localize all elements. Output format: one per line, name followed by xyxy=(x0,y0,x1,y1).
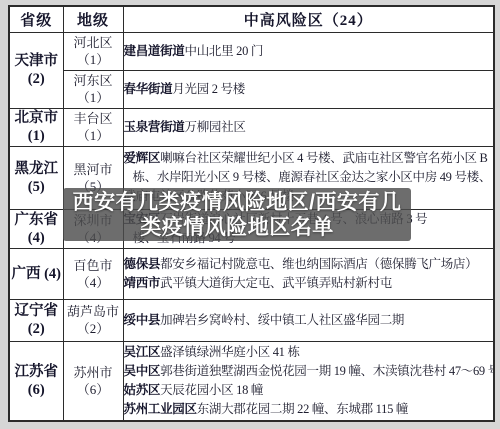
risk-area-line: 春华街道月光园 2 号楼 xyxy=(124,80,494,99)
province-cell-jiangsu: 江苏省 (6) xyxy=(9,341,63,421)
risk-area-line: 靖西市武平镇大道街大定屯、武平镇弄贴村新村屯 xyxy=(124,274,494,293)
province-name: 广东省 xyxy=(10,211,63,229)
province-cell-liaoning: 辽宁省 (2) xyxy=(9,299,63,341)
province-name: 江苏省 xyxy=(10,363,63,381)
risk-areas-cell: 建昌道街道中山北里 20 门 xyxy=(123,32,494,70)
city-name: 丰台区 xyxy=(64,110,123,127)
city-count: （2） xyxy=(64,320,123,337)
province-name: 北京市 xyxy=(10,109,63,127)
table-row: 天津市 (2) 河北区 （1） 建昌道街道中山北里 20 门 xyxy=(9,32,494,70)
overlay-caption-line2: 类疫情风险地区名单 xyxy=(140,215,334,240)
province-count: (1) xyxy=(10,127,63,145)
province-cell-guangxi: 广西 (4) xyxy=(9,248,63,299)
city-name: 苏州市 xyxy=(64,364,123,381)
city-name: 河北区 xyxy=(64,34,123,51)
document-page: 省级 地级 中高风险区（24） 天津市 (2) 河北区 （1） 建昌道街道中山北… xyxy=(0,0,500,429)
risk-areas-cell: 绥中县加碑岩乡窝岭村、绥中镇工人社区盛华园二期 xyxy=(123,299,494,341)
city-cell-fengtai-district: 丰台区 （1） xyxy=(63,108,123,146)
city-count: （1） xyxy=(64,51,123,68)
risk-area-line: 姑苏区天辰花园小区 18 幢 xyxy=(124,381,494,400)
province-count: (2) xyxy=(10,320,63,338)
city-name: 葫芦岛市 xyxy=(64,303,123,320)
risk-area-line: 苏州工业园区东湖大郡花园二期 22 幢、东城郡 115 幢 xyxy=(124,400,494,419)
city-name: 百色市 xyxy=(64,257,123,274)
risk-area-line: 绥中县加碑岩乡窝岭村、绥中镇工人社区盛华园二期 xyxy=(124,311,494,330)
province-name: 广西 (4) xyxy=(10,265,63,283)
city-count: （4） xyxy=(64,274,123,291)
province-cell-heilongjiang: 黑龙江 (5) xyxy=(9,146,63,209)
risk-area-line: 吴江区盛泽镇绿洲华庭小区 41 栋 xyxy=(124,343,494,362)
province-count: (6) xyxy=(10,381,63,399)
province-cell-tianjin: 天津市 (2) xyxy=(9,32,63,108)
city-cell-baise: 百色市 （4） xyxy=(63,248,123,299)
risk-area-line: 玉泉营街道万柳园社区 xyxy=(124,118,494,137)
province-cell-beijing: 北京市 (1) xyxy=(9,108,63,146)
table-row: 江苏省 (6) 苏州市 （6） 吴江区盛泽镇绿洲华庭小区 41 栋 吴中区郭巷街… xyxy=(9,341,494,421)
province-count: (5) xyxy=(10,178,63,196)
table-row: 辽宁省 (2) 葫芦岛市 （2） 绥中县加碑岩乡窝岭村、绥中镇工人社区盛华园二期 xyxy=(9,299,494,341)
city-cell-hedong-district: 河东区 （1） xyxy=(63,70,123,108)
risk-areas-cell: 吴江区盛泽镇绿洲华庭小区 41 栋 吴中区郭巷街道独墅湖西金悦花园一期 19 幢… xyxy=(123,341,494,421)
city-count: （6） xyxy=(64,381,123,398)
province-count: (2) xyxy=(10,70,63,88)
province-cell-guangdong: 广东省 (4) xyxy=(9,209,63,248)
overlay-caption-line1: 西安有几类疫情风险地区/西安有几 xyxy=(73,190,402,215)
risk-area-line: 爱辉区喇嘛台社区荣耀世纪小区 4 号楼、武庙屯社区警官名苑小区 B xyxy=(124,149,494,168)
city-count: （1） xyxy=(64,89,123,106)
city-count: （1） xyxy=(64,127,123,144)
city-cell-hebei-district: 河北区 （1） xyxy=(63,32,123,70)
risk-area-line: 建昌道街道中山北里 20 门 xyxy=(124,42,494,61)
city-name: 河东区 xyxy=(64,72,123,89)
risk-column-header: 中高风险区（24） xyxy=(123,6,494,32)
risk-area-line: 栋、水岸阳光小区 9 号楼、鹿源春社区金达之家小区中房 49 号楼、 xyxy=(124,168,494,187)
city-name: 黑河市 xyxy=(64,161,123,178)
risk-area-line: 吴中区郭巷街道独墅湖西金悦花园一期 19 幢、木渎镇沈巷村 47～69 号 xyxy=(124,362,494,381)
table-row: 北京市 (1) 丰台区 （1） 玉泉营街道万柳园社区 xyxy=(9,108,494,146)
province-name: 辽宁省 xyxy=(10,302,63,320)
risk-area-line: 德保县都安乡福记村陇意屯、维也纳国际酒店（德保腾飞广场店） xyxy=(124,255,494,274)
risk-areas-cell: 玉泉营街道万柳园社区 xyxy=(123,108,494,146)
table-row: 广西 (4) 百色市 （4） 德保县都安乡福记村陇意屯、维也纳国际酒店（德保腾飞… xyxy=(9,248,494,299)
city-column-header: 地级 xyxy=(63,6,123,32)
province-count: (4) xyxy=(10,229,63,247)
table-header-row: 省级 地级 中高风险区（24） xyxy=(9,6,494,32)
province-name: 黑龙江 xyxy=(10,160,63,178)
city-cell-suzhou: 苏州市 （6） xyxy=(63,341,123,421)
city-cell-huludao: 葫芦岛市 （2） xyxy=(63,299,123,341)
watermark-caption-overlay: 西安有几类疫情风险地区/西安有几 类疫情风险地区名单 xyxy=(63,188,411,241)
province-name: 天津市 xyxy=(10,52,63,70)
table-row: 河东区 （1） 春华街道月光园 2 号楼 xyxy=(9,70,494,108)
risk-areas-cell: 春华街道月光园 2 号楼 xyxy=(123,70,494,108)
risk-areas-cell: 德保县都安乡福记村陇意屯、维也纳国际酒店（德保腾飞广场店） 靖西市武平镇大道街大… xyxy=(123,248,494,299)
province-column-header: 省级 xyxy=(9,6,63,32)
